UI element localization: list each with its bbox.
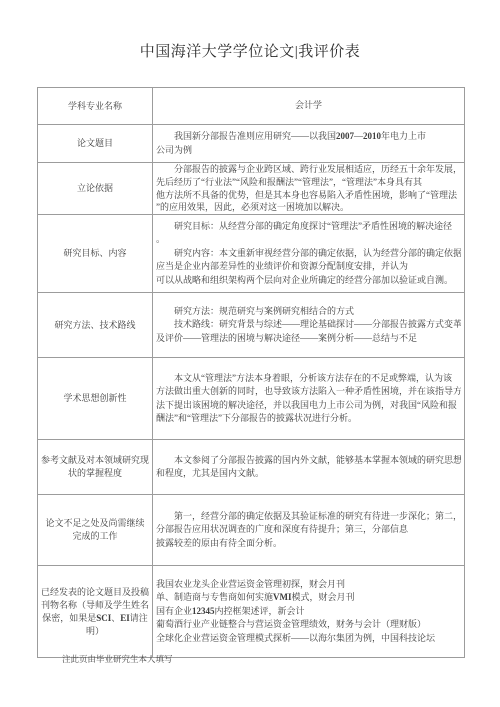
- content-line: 本文参阅了分部报告披露的国内外文献，能够基本掌握本领域的研究思想: [156, 454, 461, 468]
- label-line: 明）: [86, 625, 104, 638]
- row-label: 立论依据: [38, 163, 153, 214]
- label-line: 保密，如果是SCI、EI请注: [42, 612, 148, 625]
- content-line: 可以从战略和组织架构两个层向对企业所确定的经营分部加以验证或自测。: [156, 274, 461, 288]
- row-content: 我国新分部报告准则应用研究——以我国2007—2010年电力上市公司为例: [153, 125, 464, 162]
- row-label: 论文题目: [38, 125, 153, 162]
- row-content: 我国农业龙头企业营运资金管理初探，财会月刊单、制造商与专售商如何实施VMI模式，…: [153, 566, 464, 657]
- content-line: 酬法”和“管理法”下分部报告的披露状况进行分析。: [156, 412, 461, 426]
- table-row: 研究目标、内容 研究目标：从经营分部的确定角度探讨“管理法”矛盾性困境的解决途径…: [38, 214, 464, 292]
- label-line: 立论依据: [77, 182, 113, 195]
- content-line: 及评价——管理法的困境与解决途径——案例分析——总结与不足: [156, 332, 461, 346]
- row-content: 分部报告的披露与企业跨区域、跨行业发展相适应，历经五十余年发展，先后经历了“行业…: [153, 163, 464, 214]
- content-line: 本文从“管理法”方法本身着眼，分析该方法存在的不足或弊端，认为该: [156, 372, 461, 386]
- content-line: 国有企业12345内控框架述评，新会计: [156, 605, 461, 619]
- evaluation-table: 学科专业名称会计学论文题目 我国新分部报告准则应用研究——以我国2007—201…: [37, 87, 465, 658]
- row-content: 会计学: [153, 88, 464, 124]
- content-line: 分部报告的披露与企业跨区域、跨行业发展相适应，历经五十余年发展，: [156, 163, 461, 176]
- content-line: 第一，经营分部的确定依据及其验证标准的研究有待进一步深化；第二，: [156, 510, 461, 524]
- table-row: 立论依据 分部报告的披露与企业跨区域、跨行业发展相适应，历经五十余年发展，先后经…: [38, 162, 464, 214]
- content-line: ”的应用效果，因此，必须对这一困境加以解决。: [156, 201, 461, 214]
- label-line: 学科专业名称: [68, 100, 122, 113]
- content-line: 披露较差的原由有待全面分析。: [156, 537, 461, 551]
- row-label: 论文不足之处及尚需继续完成的工作: [38, 495, 153, 565]
- row-label: 参考文献及对本领域研究现状的掌握程度: [38, 440, 153, 494]
- row-content: 研究方法：规范研究与案例研究相结合的方式 技术路线：研究背景与综述——理论基础探…: [153, 293, 464, 357]
- label-line: 研究方法、技术路线: [54, 319, 135, 332]
- label-line: 已经发表的论文题目及投稿: [41, 586, 149, 599]
- table-row: 学术思想创新性 本文从“管理法”方法本身着眼，分析该方法存在的不足或弊端，认为该…: [38, 357, 464, 439]
- table-row: 学科专业名称会计学: [38, 88, 464, 124]
- table-row: 研究方法、技术路线 研究方法：规范研究与案例研究相结合的方式 技术路线：研究背景…: [38, 292, 464, 357]
- content-line: 方法做出重大创新的同时，也导致该方法陷入一种矛盾性困境，并在该指导方: [156, 385, 461, 399]
- table-row: 已经发表的论文题目及投稿刊物名称（导师及学生姓名保密，如果是SCI、EI请注明）…: [38, 565, 464, 657]
- content-line: 应当是企业内部差异性的业绩评价和资源分配制度安排，并认为: [156, 260, 461, 274]
- row-label: 研究方法、技术路线: [38, 293, 153, 357]
- label-line: 参考文献及对本领域研究现: [41, 454, 149, 467]
- content-line: 公司为例: [156, 144, 461, 158]
- label-line: 学术思想创新性: [63, 392, 126, 405]
- label-line: 论文题目: [77, 137, 113, 150]
- content-line: 我国农业龙头企业营运资金管理初探，财会月刊: [156, 578, 461, 592]
- content-line: 研究目标：从经营分部的确定角度探讨“管理法”矛盾性困境的解决途径: [156, 220, 461, 234]
- label-line: 研究目标、内容: [63, 247, 126, 260]
- row-content: 第一，经营分部的确定依据及其验证标准的研究有待进一步深化；第二，分部报告应用状况…: [153, 495, 464, 565]
- row-label: 研究目标、内容: [38, 215, 153, 292]
- content-line: 全球化企业营运资金管理模式探析——以海尔集团为例，中国科技论坛: [156, 632, 461, 646]
- table-row: 论文题目 我国新分部报告准则应用研究——以我国2007—2010年电力上市公司为…: [38, 124, 464, 162]
- content-line: 分部报告应用状况调查的广度和深度有待提升；第三，分部信息: [156, 523, 461, 537]
- content-line: 研究内容：本文重新审视经营分部的确定依据，认为经营分部的确定依据: [156, 247, 461, 261]
- content-line: 和程度，尤其是国内文献。: [156, 467, 461, 481]
- row-content: 研究目标：从经营分部的确定角度探讨“管理法”矛盾性困境的解决途径。 研究内容：本…: [153, 215, 464, 292]
- row-label: 学术思想创新性: [38, 358, 153, 439]
- content-line: 法下提出该困境的解决途径，并以我国电力上市公司为例，对我国“风险和报: [156, 399, 461, 413]
- row-label: 已经发表的论文题目及投稿刊物名称（导师及学生姓名保密，如果是SCI、EI请注明）: [38, 566, 153, 657]
- document-page: 中国海洋大学学位论文|我评价表 学科专业名称会计学论文题目 我国新分部报告准则应…: [0, 0, 500, 707]
- label-line: 状的掌握程度: [68, 467, 122, 480]
- content-line: 葡萄酒行业产业链整合与营运资金管理绩效，财务与会计（理财版）: [156, 618, 461, 632]
- footer-note: 注此页由毕业研究生本人填写: [62, 653, 173, 665]
- content-line: 。: [156, 233, 461, 247]
- label-line: 论文不足之处及尚需继续: [45, 517, 144, 530]
- label-line: 完成的工作: [72, 530, 117, 543]
- content-line: 会计学: [295, 99, 322, 113]
- content-line: 我国新分部报告准则应用研究——以我国2007—2010年电力上市: [156, 130, 461, 144]
- table-row: 参考文献及对本领域研究现状的掌握程度 本文参阅了分部报告披露的国内外文献，能够基…: [38, 439, 464, 494]
- label-line: 刊物名称（导师及学生姓名: [41, 599, 149, 612]
- content-line: 他方法所不具备的优势，但是其本身也容易陷入矛盾性困境，影响了“管理法: [156, 189, 461, 202]
- content-line: 先后经历了“行业法”“风险和报酬法”“管理法”，“管理法”本身具有其: [156, 176, 461, 189]
- row-content: 本文从“管理法”方法本身着眼，分析该方法存在的不足或弊端，认为该方法做出重大创新…: [153, 358, 464, 439]
- content-line: 单、制造商与专售商如何实施VMI模式，财会月刊: [156, 591, 461, 605]
- table-row: 论文不足之处及尚需继续完成的工作 第一，经营分部的确定依据及其验证标准的研究有待…: [38, 494, 464, 565]
- content-line: 技术路线：研究背景与综述——理论基础探讨——分部报告披露方式变革: [156, 318, 461, 332]
- row-content: 本文参阅了分部报告披露的国内外文献，能够基本掌握本领域的研究思想和程度，尤其是国…: [153, 440, 464, 494]
- page-title: 中国海洋大学学位论文|我评价表: [0, 40, 500, 61]
- row-label: 学科专业名称: [38, 88, 153, 124]
- content-line: 研究方法：规范研究与案例研究相结合的方式: [156, 305, 461, 319]
